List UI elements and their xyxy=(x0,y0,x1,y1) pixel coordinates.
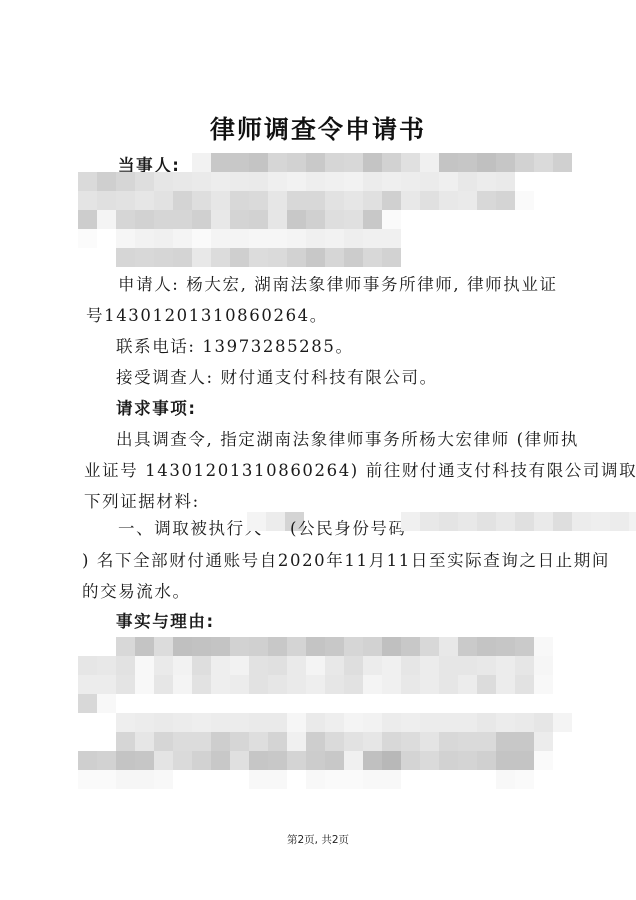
document-title: 律师调查令申请书 xyxy=(0,110,636,146)
facts-heading: 事实与理由: xyxy=(116,608,215,632)
redaction-row xyxy=(78,656,572,675)
redacted-party-info xyxy=(78,153,572,267)
redaction-row xyxy=(401,512,636,531)
applicant-line-2: 号14301201310860264。 xyxy=(86,302,328,326)
redacted-id-number xyxy=(401,512,636,531)
page-number-footer: 第2页, 共2页 xyxy=(0,832,636,847)
item-1-id-label: (公民身份号码 xyxy=(290,515,407,539)
redaction-row xyxy=(78,229,572,248)
redaction-row xyxy=(78,675,572,694)
redaction-row xyxy=(116,637,572,656)
redaction-row xyxy=(78,770,572,789)
redaction-row xyxy=(78,191,572,210)
document-page: 律师调查令申请书 当事人: 申请人: 杨大宏, 湖南法象律师事务所律师, 律师执… xyxy=(0,0,636,900)
request-line-1: 出具调查令, 指定湖南法象律师事务所杨大宏律师 (律师执 xyxy=(116,426,579,450)
phone-line: 联系电话: 13973285285。 xyxy=(116,333,354,357)
redaction-row xyxy=(78,172,572,191)
item-1-line-3: 的交易流水。 xyxy=(82,578,191,602)
redaction-row xyxy=(78,210,572,229)
redaction-row xyxy=(78,694,572,713)
redaction-row xyxy=(78,751,572,770)
item-1-line-2: ) 名下全部财付通账号自2020年11月11日至实际查询之日止期间 xyxy=(82,547,610,571)
request-line-3: 下列证据材料: xyxy=(84,488,200,512)
respondent-line: 接受调查人: 财付通支付科技有限公司。 xyxy=(116,364,438,388)
redaction-row xyxy=(192,153,572,172)
request-line-2: 业证号 14301201310860264) 前往财付通支付科技有限公司调取 xyxy=(84,457,636,481)
redaction-row xyxy=(116,713,572,732)
redaction-row xyxy=(116,732,572,751)
applicant-line-1: 申请人: 杨大宏, 湖南法象律师事务所律师, 律师执业证 xyxy=(118,271,558,295)
item-1-prefix: 一、调取被执行人 xyxy=(118,515,263,539)
redaction-row xyxy=(116,248,572,267)
request-heading: 请求事项: xyxy=(116,395,197,419)
redacted-facts-and-reasons xyxy=(78,637,572,789)
